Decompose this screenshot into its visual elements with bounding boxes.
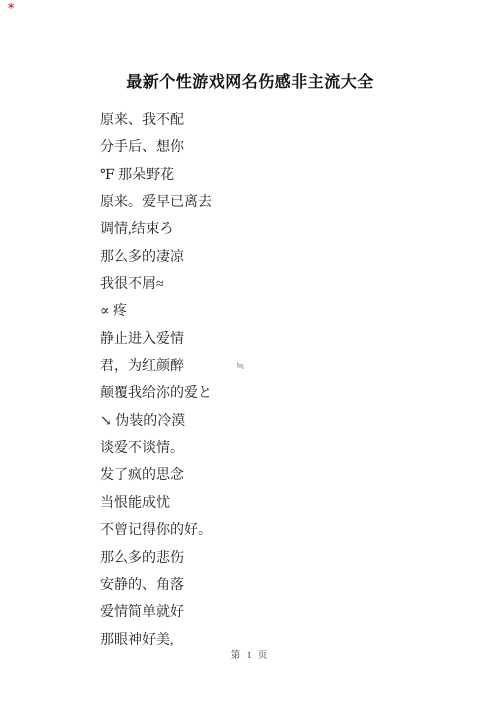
page-footer: 第 1 页 bbox=[0, 647, 500, 661]
name-line: 那么多的悲伤 bbox=[100, 551, 500, 578]
name-line-text: 原来、我不配 bbox=[100, 113, 184, 128]
name-line: 安静的、角落 bbox=[100, 578, 500, 605]
name-line-text: 不曾记得你的好。 bbox=[100, 523, 212, 538]
document-title: 最新个性游戏网名伤感非主流大全 bbox=[0, 0, 500, 94]
name-line-text: 当恨能成忧 bbox=[100, 496, 170, 511]
name-line: 君，为红颜醉≒ bbox=[100, 359, 500, 386]
name-line-text: 调情,结束ろ bbox=[100, 222, 174, 237]
name-line-text: 君，为红颜醉 bbox=[100, 359, 184, 374]
name-line: 静止进入爱情 bbox=[100, 332, 500, 359]
name-line-text: 静止进入爱情 bbox=[100, 332, 184, 347]
corner-red-mark: ∗ bbox=[7, 2, 15, 12]
name-line: 分手后、想你 bbox=[100, 140, 500, 167]
name-line: 爱情简单就好 bbox=[100, 605, 500, 632]
name-line: 颠覆我给沵的爱と bbox=[100, 386, 500, 413]
name-line: 那么多的凄凉 bbox=[100, 250, 500, 277]
name-line-text: 分手后、想你 bbox=[100, 140, 184, 155]
name-line: ↘ 伪装的冷漠 bbox=[100, 414, 500, 441]
name-line: ∝ 疼 bbox=[100, 304, 500, 331]
document-page: ∗ 最新个性游戏网名伤感非主流大全 原来、我不配分手后、想你℉ 那朵野花原来。爱… bbox=[0, 0, 500, 708]
name-line-text: 爱情简单就好 bbox=[100, 605, 184, 620]
name-line-text: 原来。爱早已离去 bbox=[100, 195, 212, 210]
name-line-text: 谈爱不谈情。 bbox=[100, 441, 184, 456]
name-line-text: 那么多的凄凉 bbox=[100, 250, 184, 265]
name-line: 发了疯的思念 bbox=[100, 468, 500, 495]
name-line-text: 安静的、角落 bbox=[100, 578, 184, 593]
name-line-text: 那眼神好美, bbox=[100, 633, 174, 648]
name-line-text: ↘ 伪装的冷漠 bbox=[100, 414, 185, 429]
name-line-text: 发了疯的思念 bbox=[100, 468, 184, 483]
name-list: 原来、我不配分手后、想你℉ 那朵野花原来。爱早已离去调情,结束ろ那么多的凄凉我很… bbox=[100, 113, 500, 660]
name-line-text: 我很不屑≈ bbox=[100, 277, 164, 292]
name-line: ℉ 那朵野花 bbox=[100, 168, 500, 195]
name-line-text: 那么多的悲伤 bbox=[100, 551, 184, 566]
page-number: 第 1 页 bbox=[231, 651, 270, 661]
name-line: 调情,结束ろ bbox=[100, 222, 500, 249]
name-line: 谈爱不谈情。 bbox=[100, 441, 500, 468]
name-line-text: ℉ 那朵野花 bbox=[100, 168, 174, 183]
name-line: 原来、我不配 bbox=[100, 113, 500, 140]
name-line-text: ∝ 疼 bbox=[100, 304, 127, 319]
faint-mark: ≒ bbox=[236, 359, 244, 375]
name-line: 我很不屑≈ bbox=[100, 277, 500, 304]
name-line: 当恨能成忧 bbox=[100, 496, 500, 523]
name-line-text: 颠覆我给沵的爱と bbox=[100, 386, 212, 401]
name-line: 不曾记得你的好。 bbox=[100, 523, 500, 550]
name-line: 原来。爱早已离去 bbox=[100, 195, 500, 222]
